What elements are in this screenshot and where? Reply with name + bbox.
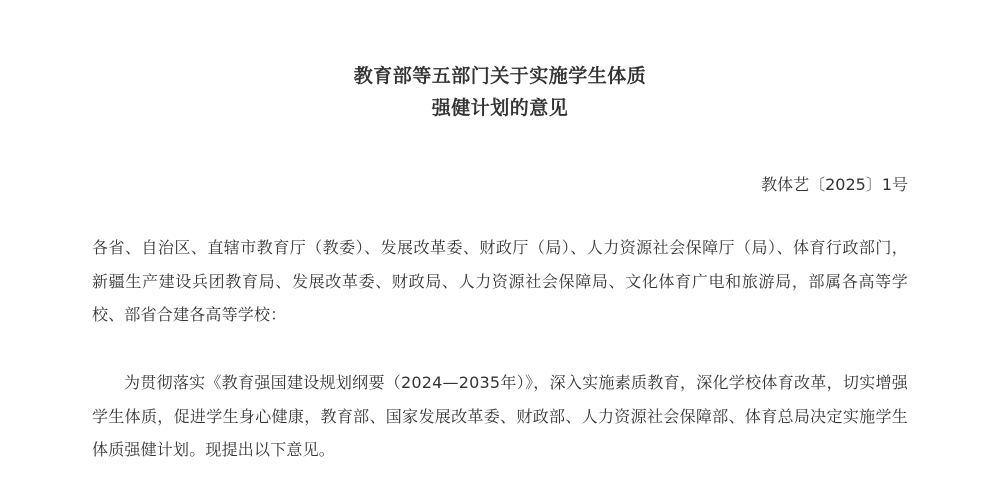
body-paragraph: 为贯彻落实《教育强国建设规划纲要（2024—2035年）》，深入实施素质教育，深… (92, 366, 908, 467)
title-line-2: 强健计划的意见 (92, 92, 908, 124)
title-line-1: 教育部等五部门关于实施学生体质 (92, 60, 908, 92)
document-title: 教育部等五部门关于实施学生体质 强健计划的意见 (92, 60, 908, 124)
addressee-paragraph: 各省、自治区、直辖市教育厅（教委）、发展改革委、财政厅（局）、人力资源社会保障厅… (92, 231, 908, 332)
document-number: 教体艺〔2025〕1号 (761, 172, 908, 198)
